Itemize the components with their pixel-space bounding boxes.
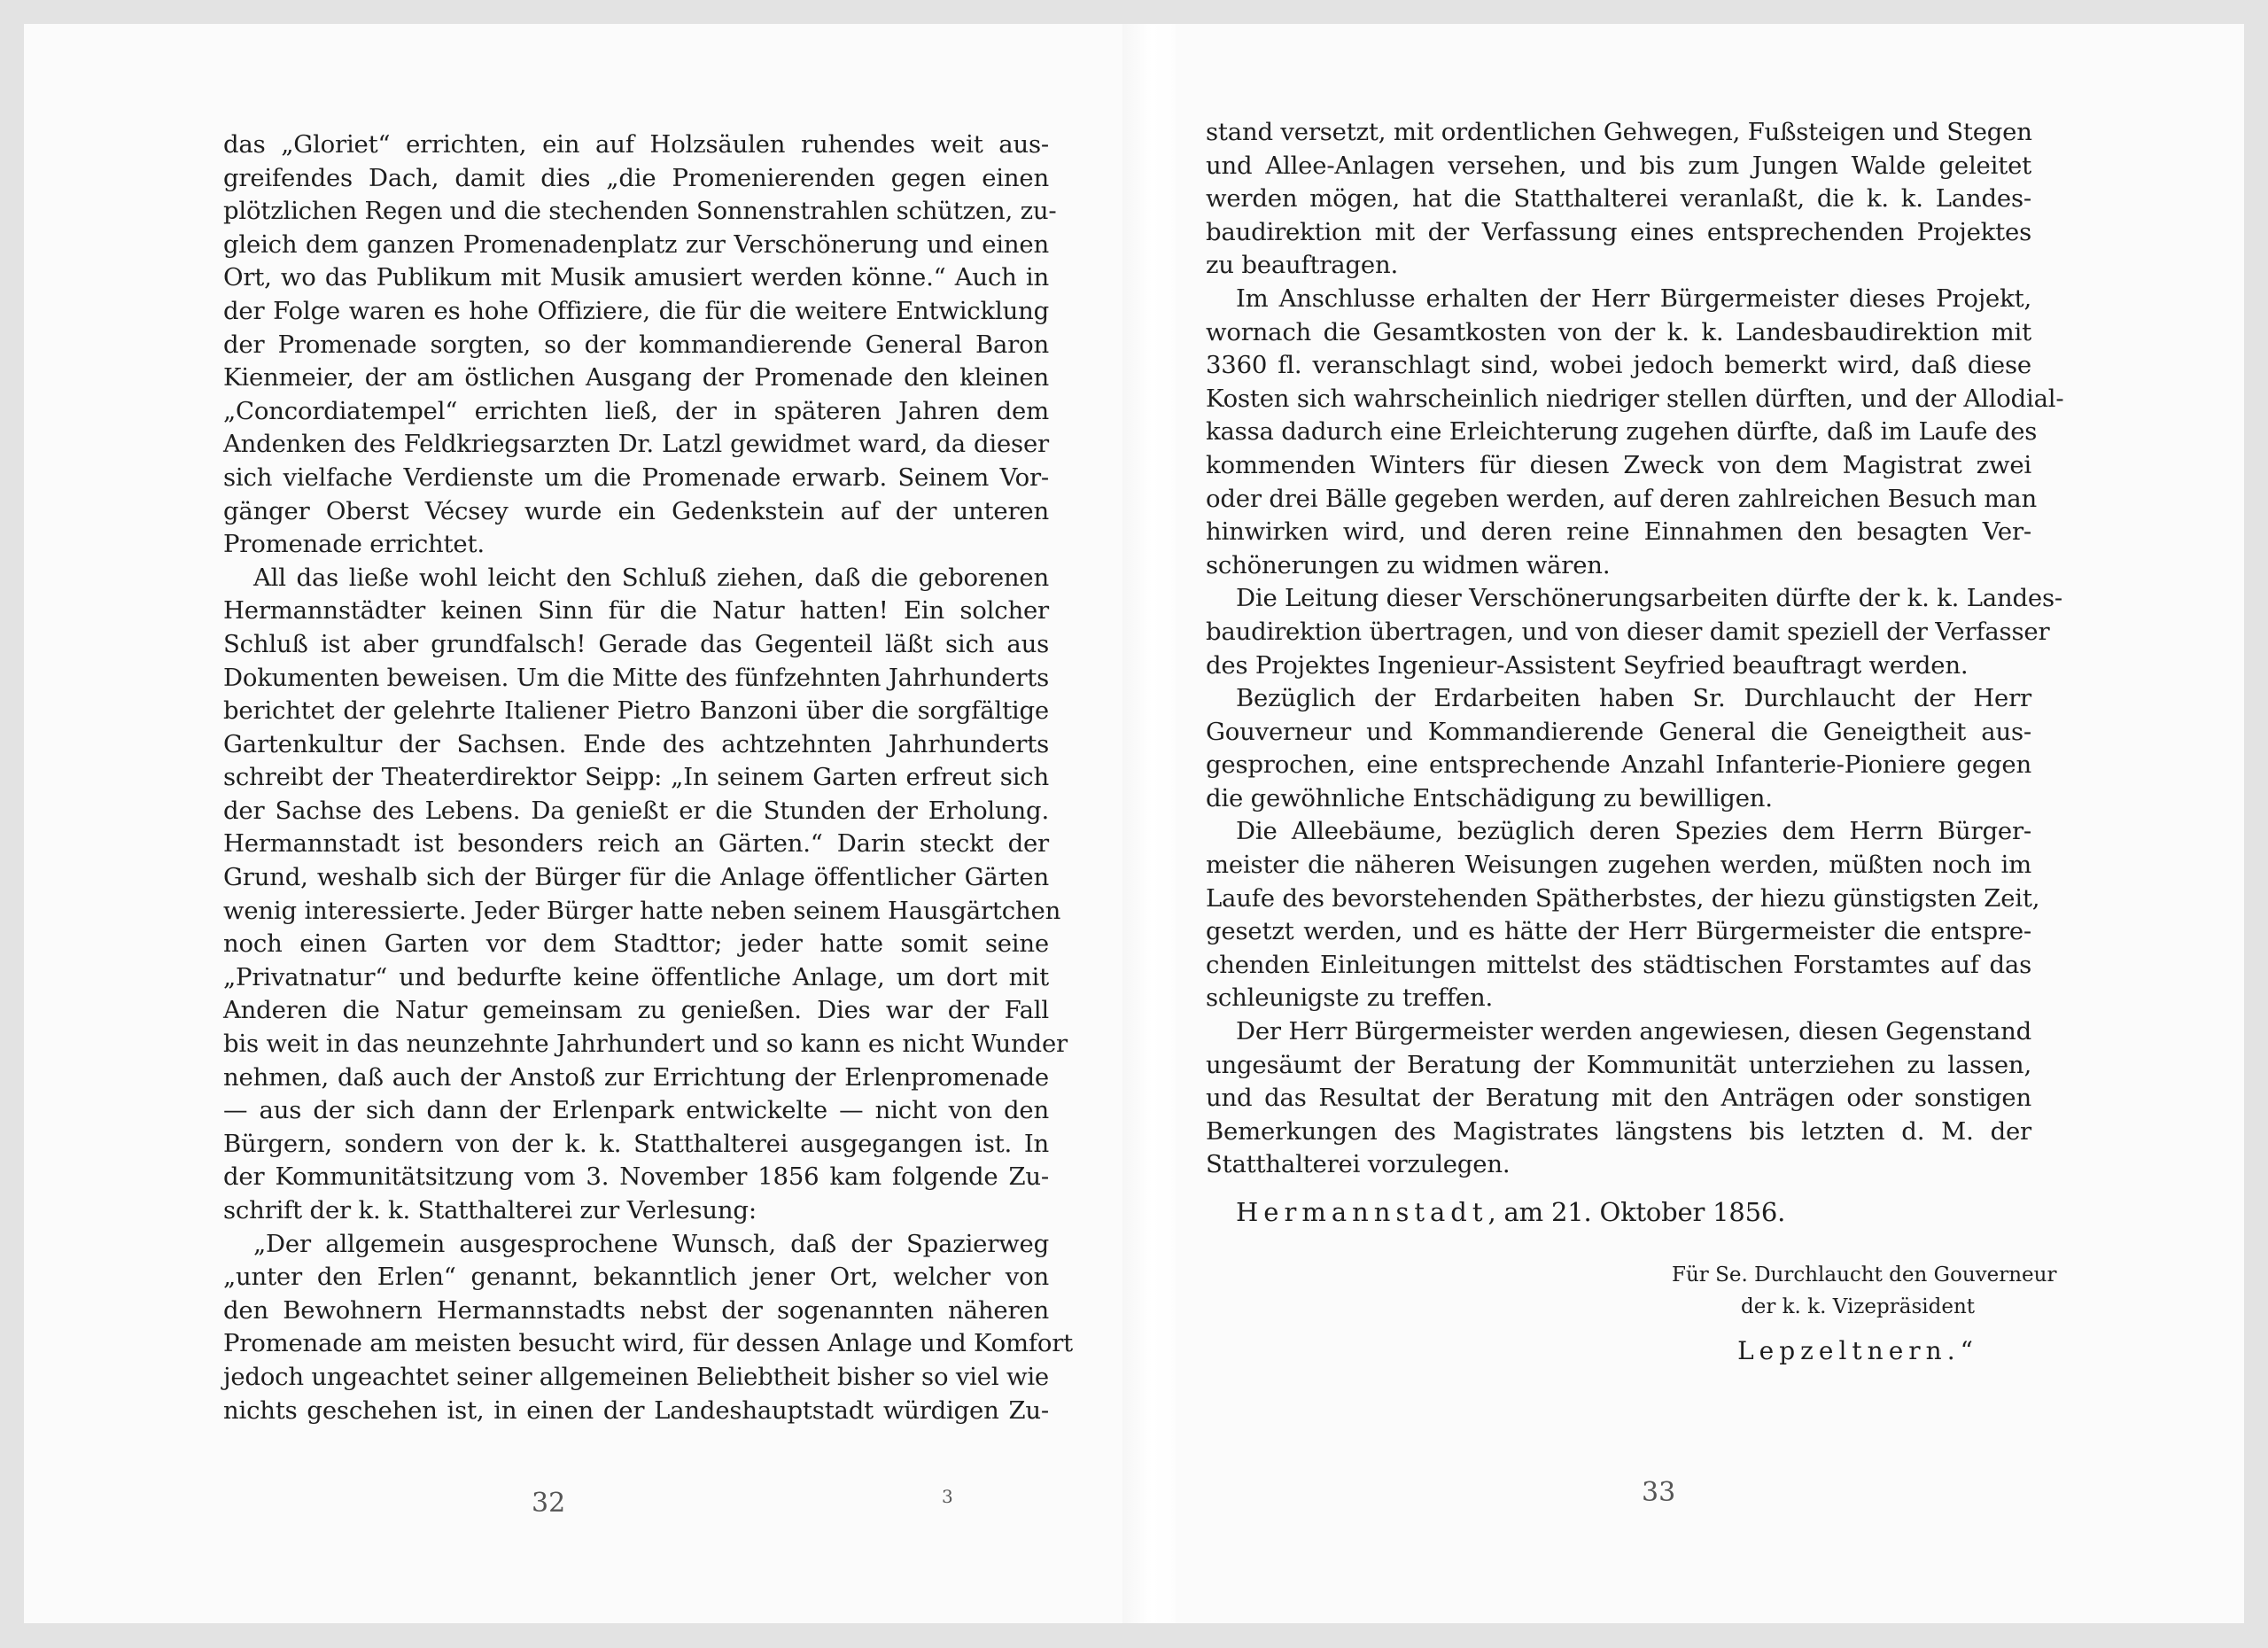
text-line: der Kommunitätsitzung vom 3. November 18…: [223, 1161, 1049, 1194]
text-line: nichts geschehen ist, in einen der Lande…: [223, 1395, 1049, 1428]
text-line: nehmen, daß auch der Anstoß zur Errichtu…: [223, 1061, 1049, 1095]
text-line: Grund, weshalb sich der Bürger für die A…: [223, 861, 1049, 895]
right-page: stand versetzt, mit ordentlichen Gehwege…: [1176, 24, 2244, 1623]
text-line: Schluß ist aber grundfalsch! Gerade das …: [223, 628, 1049, 662]
signature-block: Für Se. Durchlaucht den Gouverneur der k…: [1672, 1259, 2044, 1374]
text-line: „unter den Erlen“ genannt, bekanntlich j…: [223, 1261, 1049, 1294]
text-line: Statthalterei vorzulegen.: [1206, 1148, 2031, 1182]
left-page-text: das „Gloriet“ errichten, ein auf Holzsäu…: [223, 128, 1049, 1427]
right-page-text: stand versetzt, mit ordentlichen Gehwege…: [1206, 116, 2031, 1233]
text-line: Anderen die Natur gemeinsam zu genießen.…: [223, 994, 1049, 1028]
signature-line-1: Für Se. Durchlaucht den Gouverneur: [1672, 1259, 2044, 1291]
text-line: gleich dem ganzen Promenadenplatz zur Ve…: [223, 229, 1049, 262]
text-line: Dokumenten beweisen. Um die Mitte des fü…: [223, 662, 1049, 696]
text-line: bis weit in das neunzehnte Jahrhundert u…: [223, 1028, 1049, 1061]
text-line: schönerungen zu widmen wären.: [1206, 549, 2031, 583]
printer-signature-mark: 3: [942, 1486, 953, 1507]
left-page: das „Gloriet“ errichten, ein auf Holzsäu…: [24, 24, 1122, 1623]
text-line: Die Leitung dieser Verschönerungsarbeite…: [1206, 582, 2031, 616]
text-line: noch einen Garten vor dem Stadttor; jede…: [223, 928, 1049, 961]
book-gutter: [1122, 24, 1176, 1623]
text-line: Promenade errichtet.: [223, 528, 1049, 562]
dateline: Hermannstadt, am 21. Oktober 1856.: [1206, 1191, 2031, 1233]
text-line: Andenken des Feldkriegsarzten Dr. Latzl …: [223, 428, 1049, 462]
text-line: 3360 fl. veranschlagt sind, wobei jedoch…: [1206, 349, 2031, 383]
text-line: stand versetzt, mit ordentlichen Gehwege…: [1206, 116, 2031, 150]
text-line: hinwirken wird, und deren reine Einnahme…: [1206, 516, 2031, 549]
text-line: Bemerkungen des Magistrates längstens bi…: [1206, 1116, 2031, 1149]
text-line: gesprochen, eine entsprechende Anzahl In…: [1206, 749, 2031, 782]
text-line: wenig interessierte. Jeder Bürger hatte …: [223, 895, 1049, 929]
text-line: greifendes Dach, damit dies „die Promeni…: [223, 162, 1049, 196]
text-line: Ort, wo das Publikum mit Musik amusiert …: [223, 261, 1049, 295]
text-line: Der Herr Bürgermeister werden angewiesen…: [1206, 1015, 2031, 1049]
dateline-date: , am 21. Oktober 1856.: [1488, 1197, 1786, 1227]
text-line: plötzlichen Regen und die stechenden Son…: [223, 195, 1049, 229]
signature-line-2: der k. k. Vizepräsident: [1672, 1291, 2044, 1323]
text-line: den Bewohnern Hermannstadts nebst der so…: [223, 1294, 1049, 1328]
text-line: All das ließe wohl leicht den Schluß zie…: [223, 562, 1049, 595]
text-line: „Privatnatur“ und bedurfte keine öffentl…: [223, 961, 1049, 995]
text-line: Hermannstädter keinen Sinn für die Natur…: [223, 595, 1049, 628]
text-line: schrift der k. k. Statthalterei zur Verl…: [223, 1194, 1049, 1228]
text-line: Die Alleebäume, bezüglich deren Spezies …: [1206, 815, 2031, 849]
text-line: schleunigste zu treffen.: [1206, 982, 2031, 1015]
text-line: Gartenkultur der Sachsen. Ende des achtz…: [223, 728, 1049, 762]
book-spread: das „Gloriet“ errichten, ein auf Holzsäu…: [24, 24, 2244, 1623]
text-line: meister die näheren Weisungen zugehen we…: [1206, 849, 2031, 882]
dateline-place: Hermannstadt: [1236, 1197, 1488, 1227]
text-line: der Promenade sorgten, so der kommandier…: [223, 329, 1049, 362]
text-line: Gouverneur und Kommandierende General di…: [1206, 716, 2031, 750]
text-line: sich vielfache Verdienste um die Promena…: [223, 462, 1049, 495]
text-line: die gewöhnliche Entschädigung zu bewilli…: [1206, 782, 2031, 816]
text-line: der Folge waren es hohe Offiziere, die f…: [223, 295, 1049, 329]
text-line: und das Resultat der Beratung mit den An…: [1206, 1082, 2031, 1116]
text-line: der Sachse des Lebens. Da genießt er die…: [223, 795, 1049, 828]
text-line: und Allee-Anlagen versehen, und bis zum …: [1206, 150, 2031, 183]
text-line: Hermannstadt ist besonders reich an Gärt…: [223, 828, 1049, 861]
text-line: baudirektion übertragen, und von dieser …: [1206, 616, 2031, 649]
text-line: Im Anschlusse erhalten der Herr Bürgerme…: [1206, 283, 2031, 316]
text-line: zu beauftragen.: [1206, 249, 2031, 283]
text-line: Bezüglich der Erdarbeiten haben Sr. Durc…: [1206, 682, 2031, 716]
text-line: gesetzt werden, und es hätte der Herr Bü…: [1206, 915, 2031, 949]
text-line: berichtet der gelehrte Italiener Pietro …: [223, 695, 1049, 728]
text-line: des Projektes Ingenieur-Assistent Seyfri…: [1206, 649, 2031, 683]
text-line: chenden Einleitungen mittelst des städti…: [1206, 949, 2031, 983]
text-line: das „Gloriet“ errichten, ein auf Holzsäu…: [223, 128, 1049, 162]
text-line: wornach die Gesamtkosten von der k. k. L…: [1206, 316, 2031, 350]
text-line: oder drei Bälle gegeben werden, auf dere…: [1206, 483, 2031, 517]
text-line: schreibt der Theaterdirektor Seipp: „In …: [223, 761, 1049, 795]
text-line: werden mögen, hat die Statthalterei vera…: [1206, 183, 2031, 216]
text-line: kommenden Winters für diesen Zweck von d…: [1206, 449, 2031, 483]
text-line: ungesäumt der Beratung der Kommunität un…: [1206, 1049, 2031, 1083]
signatory-name: Lepzeltnern.“: [1672, 1328, 2044, 1374]
text-line: Kosten sich wahrscheinlich niedriger ste…: [1206, 383, 2031, 416]
page-number: 32: [532, 1488, 565, 1519]
text-line: Bürgern, sondern von der k. k. Statthalt…: [223, 1128, 1049, 1162]
text-line: Kienmeier, der am östlichen Ausgang der …: [223, 361, 1049, 395]
text-line: Laufe des bevorstehenden Spätherbstes, d…: [1206, 882, 2031, 916]
text-line: „Der allgemein ausgesprochene Wunsch, da…: [223, 1228, 1049, 1262]
text-line: Promenade am meisten besucht wird, für d…: [223, 1327, 1049, 1361]
text-line: — aus der sich dann der Erlenpark entwic…: [223, 1094, 1049, 1128]
text-line: baudirektion mit der Verfassung eines en…: [1206, 216, 2031, 250]
text-line: gänger Oberst Vécsey wurde ein Gedenkste…: [223, 495, 1049, 529]
text-line: kassa dadurch eine Erleichterung zugehen…: [1206, 416, 2031, 449]
text-line: „Concordiatempel“ errichten ließ, der in…: [223, 395, 1049, 429]
text-line: jedoch ungeachtet seiner allgemeinen Bel…: [223, 1361, 1049, 1395]
page-number: 33: [1642, 1477, 1675, 1508]
